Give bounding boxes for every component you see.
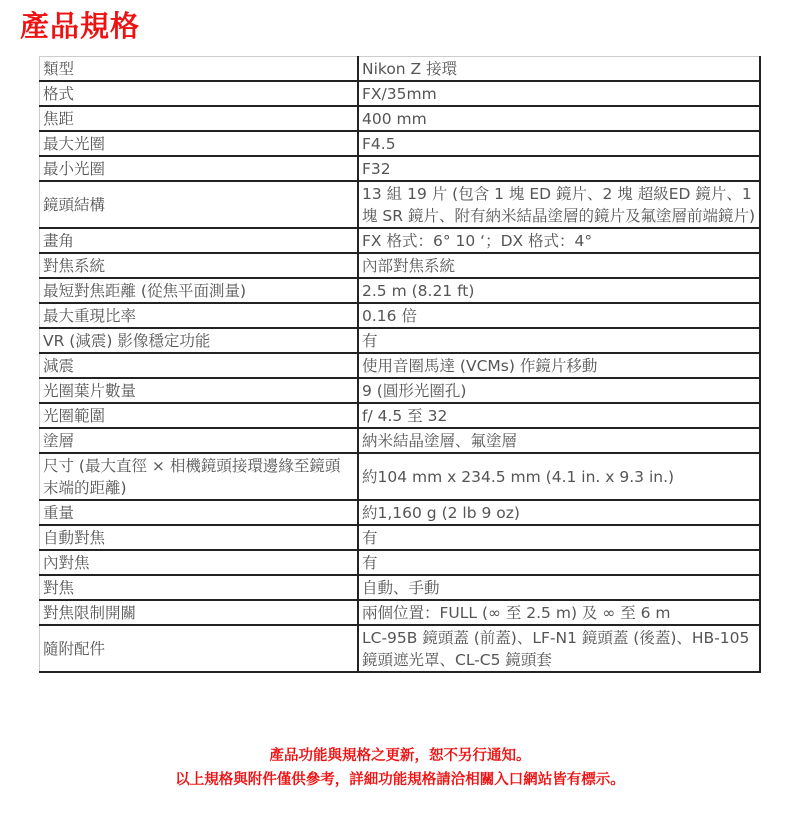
spec-value: 使用音圈馬達 (VCMs) 作鏡片移動 <box>358 353 760 378</box>
spec-row-vibration-reduction: 減震 使用音圈馬達 (VCMs) 作鏡片移動 <box>40 353 761 378</box>
spec-label: 對焦限制開關 <box>40 600 359 625</box>
spec-row-aperture-range: 光圈範圍 f/ 4.5 至 32 <box>40 403 761 428</box>
spec-label: 對焦 <box>40 575 359 600</box>
spec-label: 焦距 <box>40 106 359 131</box>
spec-label: 畫角 <box>40 228 359 253</box>
spec-value: 內部對焦系統 <box>358 253 760 278</box>
spec-row-coating: 塗層 納米結晶塗層、氟塗層 <box>40 428 761 453</box>
spec-value: 0.16 倍 <box>358 303 760 328</box>
spec-label: 尺寸 (最大直徑 × 相機鏡頭接環邊緣至鏡頭末端的距離) <box>40 453 359 500</box>
spec-row-min-aperture: 最小光圈 F32 <box>40 156 761 181</box>
spec-row-lens-construction: 鏡頭結構 13 組 19 片 (包含 1 塊 ED 鏡片、2 塊 超級ED 鏡片… <box>40 181 761 228</box>
spec-row-focus: 對焦 自動、手動 <box>40 575 761 600</box>
spec-value: 2.5 m (8.21 ft) <box>358 278 760 303</box>
spec-value: 9 (圓形光圈孔) <box>358 378 760 403</box>
spec-row-diaphragm-blades: 光圈葉片數量 9 (圓形光圈孔) <box>40 378 761 403</box>
spec-value: 約104 mm x 234.5 mm (4.1 in. x 9.3 in.) <box>358 453 760 500</box>
spec-row-autofocus: 自動對焦 有 <box>40 525 761 550</box>
spec-row-focus-limiter: 對焦限制開關 兩個位置：FULL (∞ 至 2.5 m) 及 ∞ 至 6 m <box>40 600 761 625</box>
spec-label: 對焦系統 <box>40 253 359 278</box>
spec-row-focus-system: 對焦系統 內部對焦系統 <box>40 253 761 278</box>
spec-label: 光圈範圍 <box>40 403 359 428</box>
spec-label: 格式 <box>40 81 359 106</box>
spec-value: 有 <box>358 328 760 353</box>
spec-label: 最短對焦距離 (從焦平面測量) <box>40 278 359 303</box>
spec-value: FX/35mm <box>358 81 760 106</box>
spec-label: 最大重現比率 <box>40 303 359 328</box>
spec-label: 最大光圈 <box>40 131 359 156</box>
spec-label: 自動對焦 <box>40 525 359 550</box>
spec-value: 兩個位置：FULL (∞ 至 2.5 m) 及 ∞ 至 6 m <box>358 600 760 625</box>
spec-value: LC-95B 鏡頭蓋 (前蓋)、LF-N1 鏡頭蓋 (後蓋)、HB-105 鏡頭… <box>358 625 760 672</box>
spec-label: 鏡頭結構 <box>40 181 359 228</box>
spec-row-format: 格式 FX/35mm <box>40 81 761 106</box>
spec-row-type: 類型 Nikon Z 接環 <box>40 57 761 82</box>
spec-label: 塗層 <box>40 428 359 453</box>
spec-row-max-aperture: 最大光圈 F4.5 <box>40 131 761 156</box>
spec-value: 自動、手動 <box>358 575 760 600</box>
spec-value: 有 <box>358 525 760 550</box>
spec-row-vr: VR (減震) 影像穩定功能 有 <box>40 328 761 353</box>
spec-value: FX 格式：6° 10 ‘；DX 格式：4° <box>358 228 760 253</box>
spec-label: 隨附配件 <box>40 625 359 672</box>
disclaimer-notes: 產品功能與規格之更新，恕不另行通知。 以上規格與附件僅供參考，詳細功能規格請洽相… <box>0 744 800 792</box>
spec-table: 類型 Nikon Z 接環 格式 FX/35mm 焦距 400 mm 最大光圈 … <box>39 56 761 673</box>
spec-value: 400 mm <box>358 106 760 131</box>
spec-value: F4.5 <box>358 131 760 156</box>
spec-value: 13 組 19 片 (包含 1 塊 ED 鏡片、2 塊 超級ED 鏡片、1 塊 … <box>358 181 760 228</box>
spec-label: 光圈葉片數量 <box>40 378 359 403</box>
spec-label: 重量 <box>40 500 359 525</box>
spec-row-weight: 重量 約1,160 g (2 lb 9 oz) <box>40 500 761 525</box>
spec-label: VR (減震) 影像穩定功能 <box>40 328 359 353</box>
spec-value: f/ 4.5 至 32 <box>358 403 760 428</box>
spec-value: F32 <box>358 156 760 181</box>
spec-label: 內對焦 <box>40 550 359 575</box>
disclaimer-note-reference: 以上規格與附件僅供參考，詳細功能規格請洽相關入口網站皆有標示。 <box>0 768 800 792</box>
spec-value: Nikon Z 接環 <box>358 57 760 82</box>
page-title: 產品規格 <box>20 4 140 48</box>
spec-label: 類型 <box>40 57 359 82</box>
spec-row-angle-of-view: 畫角 FX 格式：6° 10 ‘；DX 格式：4° <box>40 228 761 253</box>
spec-label: 最小光圈 <box>40 156 359 181</box>
disclaimer-note-update: 產品功能與規格之更新，恕不另行通知。 <box>0 744 800 768</box>
spec-row-internal-focus: 內對焦 有 <box>40 550 761 575</box>
spec-label: 減震 <box>40 353 359 378</box>
spec-row-max-reproduction: 最大重現比率 0.16 倍 <box>40 303 761 328</box>
spec-value: 有 <box>358 550 760 575</box>
spec-row-dimensions: 尺寸 (最大直徑 × 相機鏡頭接環邊緣至鏡頭末端的距離) 約104 mm x 2… <box>40 453 761 500</box>
spec-value: 約1,160 g (2 lb 9 oz) <box>358 500 760 525</box>
spec-row-accessories: 隨附配件 LC-95B 鏡頭蓋 (前蓋)、LF-N1 鏡頭蓋 (後蓋)、HB-1… <box>40 625 761 672</box>
spec-value: 納米結晶塗層、氟塗層 <box>358 428 760 453</box>
spec-row-focal-length: 焦距 400 mm <box>40 106 761 131</box>
spec-row-min-focus-distance: 最短對焦距離 (從焦平面測量) 2.5 m (8.21 ft) <box>40 278 761 303</box>
